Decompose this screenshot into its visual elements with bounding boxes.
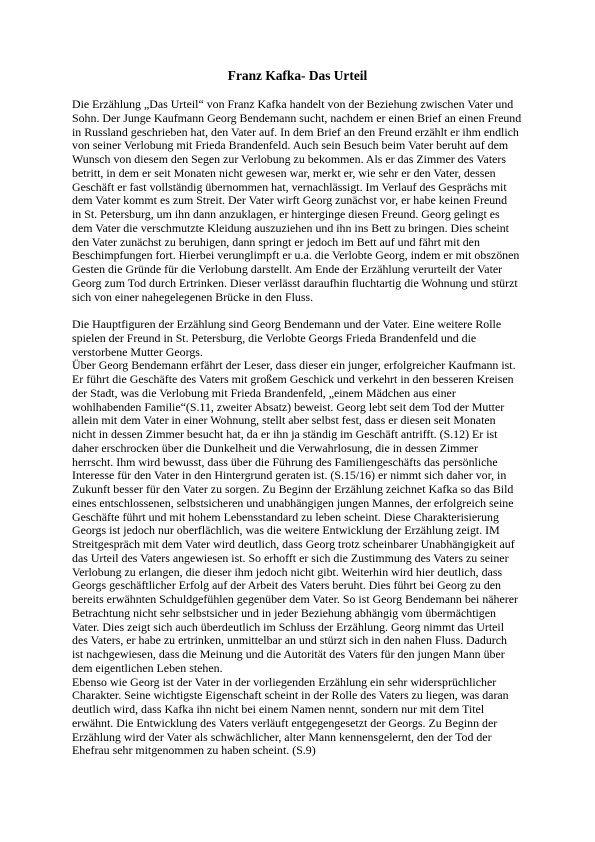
text-line: sich von einer nahegelegenen Brücke in d… <box>72 291 532 305</box>
paragraph-characters: Die Hauptfiguren der Erzählung sind Geor… <box>72 318 532 758</box>
text-line: Sohn. Der Junge Kaufmann Georg Bendemann… <box>72 112 532 126</box>
text-line: Verlobung zu erlangen, die dieser ihm je… <box>72 566 532 580</box>
text-line: das Urteil des Vaters angewiesen ist. So… <box>72 552 532 566</box>
text-line: der Stadt, was die Verlobung mit Frieda … <box>72 387 532 401</box>
text-line: Zukunft besser für den Vater zu sorgen. … <box>72 483 532 497</box>
text-line: Wunsch von diesem den Segen zur Verlobun… <box>72 153 532 167</box>
text-line: wohlhabenden Familie“(S.11, zweiter Absa… <box>72 401 532 415</box>
text-line: daher erschrocken über die Dunkelheit un… <box>72 442 532 456</box>
text-line: Er führt die Geschäfte des Vaters mit gr… <box>72 373 532 387</box>
text-line: dem Vater kommt es zum Streit. Der Vater… <box>72 194 532 208</box>
text-line: erwähnt. Die Entwicklung des Vaters verl… <box>72 717 532 731</box>
text-line: in St. Petersburg, um ihn dann anzuklage… <box>72 208 532 222</box>
text-line: eines entschlossenen, selbstsicheren und… <box>72 497 532 511</box>
text-line: Ebenso wie Georg ist der Vater in der vo… <box>72 676 532 690</box>
paragraph-gap <box>72 304 532 318</box>
text-line: allein mit dem Vater in einer Wohnung, s… <box>72 414 532 428</box>
text-line: nicht in dessen Zimmer besucht hat, da e… <box>72 428 532 442</box>
document-page: Franz Kafka- Das Urteil Die Erzählung „D… <box>0 0 595 842</box>
text-line: des Vaters, er habe zu ertrinken, unmitt… <box>72 634 532 648</box>
text-line: Charakter. Seine wichtigste Eigenschaft … <box>72 689 532 703</box>
text-line: deutlich wird, dass Kafka ihn nicht bei … <box>72 703 532 717</box>
text-line: Georgs ist jedoch nur oberflächlich, was… <box>72 524 532 538</box>
text-line: ist nachgewiesen, dass die Meinung und d… <box>72 648 532 662</box>
text-line: Georgs geschäftlicher Erfolg auf der Arb… <box>72 579 532 593</box>
text-line: Interesse für den Vater in den Hintergru… <box>72 469 532 483</box>
text-line: verstorbene Mutter Georgs. <box>72 346 532 360</box>
text-line: Vater. Dies zeigt sich auch überdeutlich… <box>72 621 532 635</box>
document-body: Die Erzählung „Das Urteil“ von Franz Kaf… <box>72 98 532 758</box>
text-line: bereits erwähnten Schuldgefühlen gegenüb… <box>72 593 532 607</box>
text-line: spielen der Freund in St. Petersburg, di… <box>72 332 532 346</box>
paragraph-summary: Die Erzählung „Das Urteil“ von Franz Kaf… <box>72 98 532 304</box>
document-title: Franz Kafka- Das Urteil <box>0 68 595 84</box>
text-line: herrscht. Ihm wird bewusst, dass über di… <box>72 456 532 470</box>
text-line: dem Vater die verschmutzte Kleidung ausz… <box>72 222 532 236</box>
text-line: Gesten die Gründe für die Verlobung dars… <box>72 263 532 277</box>
text-line: Betrachtung nicht sehr selbstsicher und … <box>72 607 532 621</box>
text-line: Streitgespräch mit dem Vater wird deutli… <box>72 538 532 552</box>
text-line: Geschäfte führt und mit hohem Lebensstan… <box>72 511 532 525</box>
text-line: Geschäft er fast vollständig übernommen … <box>72 181 532 195</box>
text-line: den Vater zunächst zu beruhigen, dann sp… <box>72 236 532 250</box>
text-line: Über Georg Bendemann erfährt der Leser, … <box>72 359 532 373</box>
text-line: Georg zum Tod durch Ertrinken. Dieser ve… <box>72 277 532 291</box>
text-line: Die Hauptfiguren der Erzählung sind Geor… <box>72 318 532 332</box>
text-line: Erzählung wird der Vater als schwächlich… <box>72 731 532 745</box>
text-line: Beschimpfungen fort. Hierbei verunglimpf… <box>72 249 532 263</box>
text-line: dem eigentlichen Leben stehen. <box>72 662 532 676</box>
text-line: in Russland geschrieben hat, den Vater a… <box>72 126 532 140</box>
text-line: betritt, in dem er seit Monaten nicht ge… <box>72 167 532 181</box>
text-line: Ehefrau sehr mitgenommen zu haben schein… <box>72 744 532 758</box>
text-line: Die Erzählung „Das Urteil“ von Franz Kaf… <box>72 98 532 112</box>
text-line: von seiner Verlobung mit Frieda Brandenf… <box>72 139 532 153</box>
